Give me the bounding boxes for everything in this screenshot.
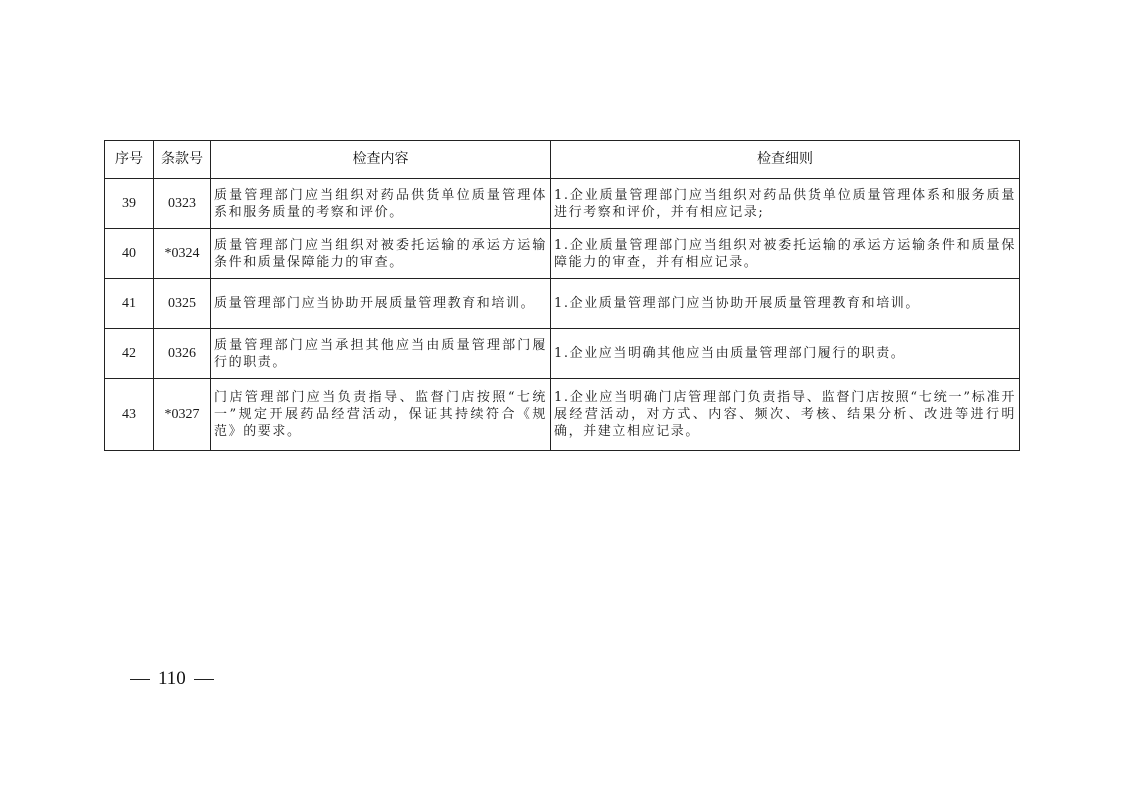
header-detail: 检查细则 xyxy=(551,141,1020,179)
row-detail: 1.企业质量管理部门应当协助开展质量管理教育和培训。 xyxy=(551,279,1020,329)
header-content: 检查内容 xyxy=(211,141,551,179)
row-content: 质量管理部门应当承担其他应当由质量管理部门履行的职责。 xyxy=(211,329,551,379)
page-number-value: 110 xyxy=(158,668,186,689)
table-header-row: 序号 条款号 检查内容 检查细则 xyxy=(105,141,1020,179)
row-index: 41 xyxy=(105,279,154,329)
table-row: 39 0323 质量管理部门应当组织对药品供货单位质量管理体系和服务质量的考察和… xyxy=(105,179,1020,229)
row-detail: 1.企业应当明确其他应当由质量管理部门履行的职责。 xyxy=(551,329,1020,379)
row-clause: 0325 xyxy=(154,279,211,329)
document-page: 序号 条款号 检查内容 检查细则 39 0323 质量管理部门应当组织对药品供货… xyxy=(0,0,1122,793)
table-row: 40 *0324 质量管理部门应当组织对被委托运输的承运方运输条件和质量保障能力… xyxy=(105,229,1020,279)
row-content: 门店管理部门应当负责指导、监督门店按照“七统一”规定开展药品经营活动，保证其持续… xyxy=(211,379,551,451)
row-clause: *0324 xyxy=(154,229,211,279)
row-index: 40 xyxy=(105,229,154,279)
row-detail: 1.企业质量管理部门应当组织对被委托运输的承运方运输条件和质量保障能力的审查，并… xyxy=(551,229,1020,279)
row-clause: 0326 xyxy=(154,329,211,379)
table-row: 42 0326 质量管理部门应当承担其他应当由质量管理部门履行的职责。 1.企业… xyxy=(105,329,1020,379)
page-number: 110 xyxy=(122,668,222,690)
row-detail: 1.企业质量管理部门应当组织对药品供货单位质量管理体系和服务质量进行考察和评价，… xyxy=(551,179,1020,229)
table-row: 43 *0327 门店管理部门应当负责指导、监督门店按照“七统一”规定开展药品经… xyxy=(105,379,1020,451)
dash-right xyxy=(194,679,214,680)
row-content: 质量管理部门应当协助开展质量管理教育和培训。 xyxy=(211,279,551,329)
inspection-table: 序号 条款号 检查内容 检查细则 39 0323 质量管理部门应当组织对药品供货… xyxy=(104,140,1020,451)
header-index: 序号 xyxy=(105,141,154,179)
row-content: 质量管理部门应当组织对药品供货单位质量管理体系和服务质量的考察和评价。 xyxy=(211,179,551,229)
row-content: 质量管理部门应当组织对被委托运输的承运方运输条件和质量保障能力的审查。 xyxy=(211,229,551,279)
row-index: 39 xyxy=(105,179,154,229)
row-detail: 1.企业应当明确门店管理部门负责指导、监督门店按照“七统一”标准开展经营活动，对… xyxy=(551,379,1020,451)
row-index: 43 xyxy=(105,379,154,451)
row-clause: 0323 xyxy=(154,179,211,229)
header-clause: 条款号 xyxy=(154,141,211,179)
table-row: 41 0325 质量管理部门应当协助开展质量管理教育和培训。 1.企业质量管理部… xyxy=(105,279,1020,329)
dash-left xyxy=(130,679,150,680)
row-index: 42 xyxy=(105,329,154,379)
row-clause: *0327 xyxy=(154,379,211,451)
